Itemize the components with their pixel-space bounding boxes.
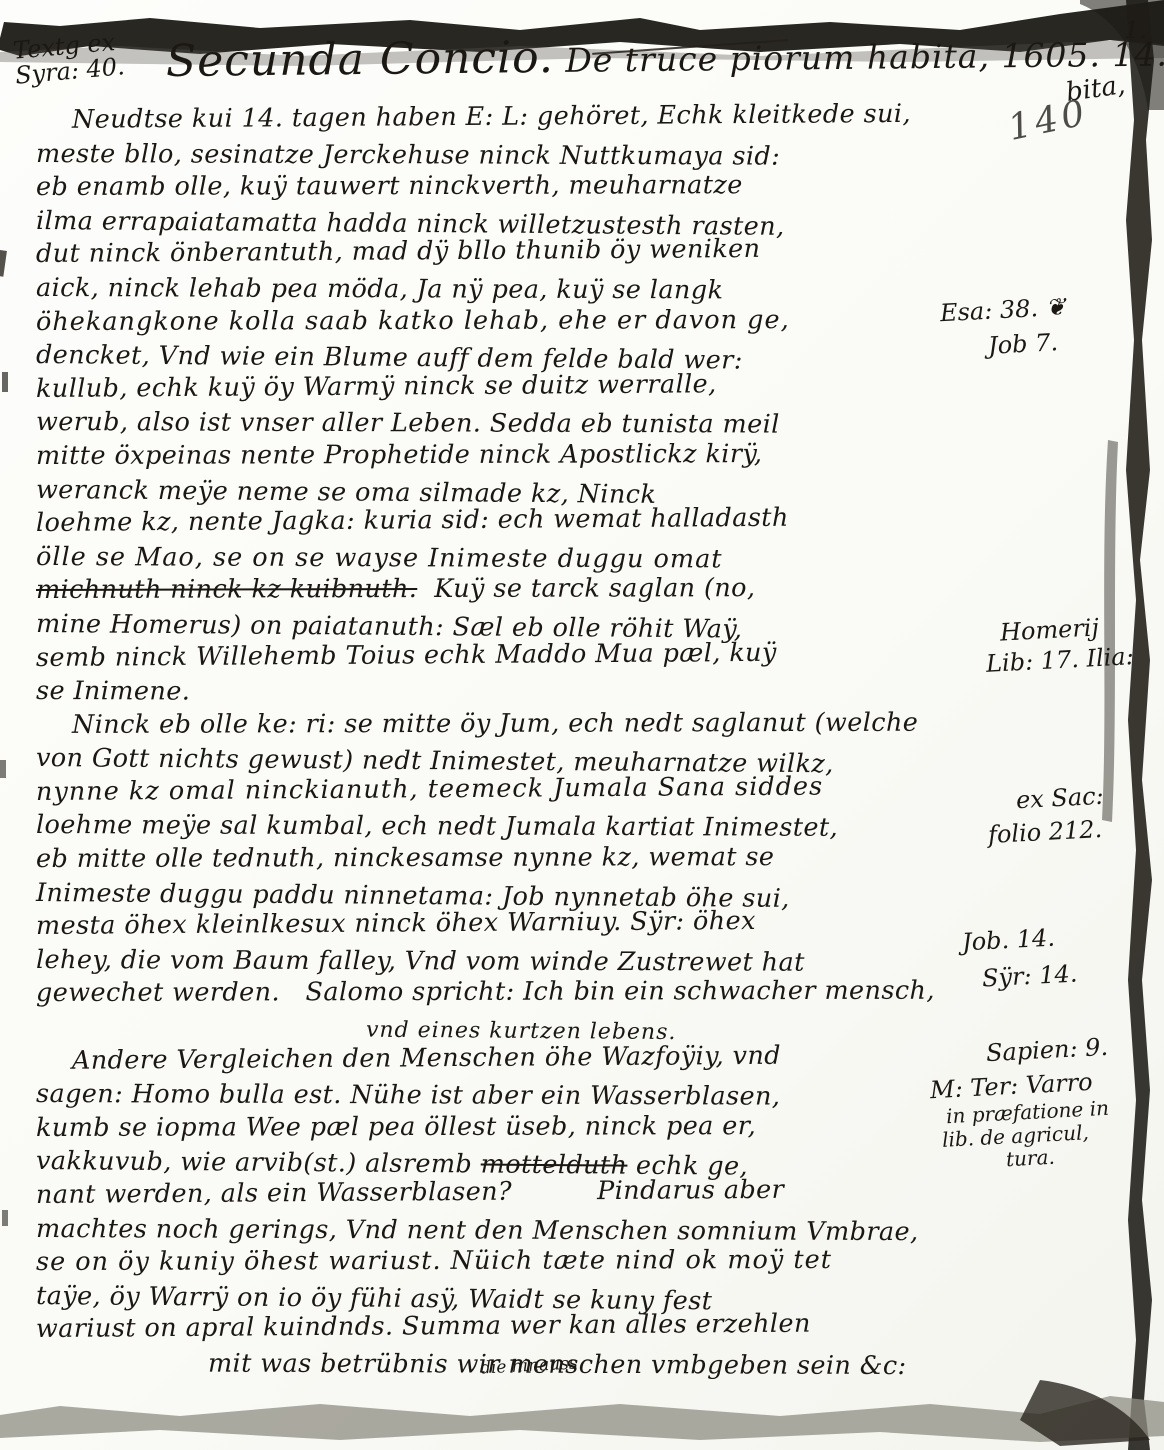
margin-note-varro4: tura. [1005, 1145, 1055, 1172]
manuscript-line: eb enamb olle, kuÿ tauwert ninckverth, m… [36, 169, 952, 205]
title-date: De truce piorum habita, 1605. 14. Junij … [554, 33, 1164, 80]
manuscript-line: semb ninck Willehemb Toius echk Maddo Mu… [36, 635, 952, 675]
margin-note-job14: Job. 14. [961, 924, 1055, 957]
manuscript-line: se on öy kuniy öhest wariust. Nüich tæte… [36, 1244, 952, 1280]
margin-note-sapien: Sapien: 9. [985, 1033, 1108, 1067]
margin-note-exsac1: ex Sac: [1015, 782, 1104, 815]
manuscript-line: wariust on apral kuindnds. Summa wer kan… [36, 1307, 952, 1347]
left-margin-reference: Textg ex Syra: 40. [12, 29, 126, 88]
manuscript-line: öhekangkone kolla saab katko lehab, ehe … [36, 303, 952, 339]
manuscript-line: dut ninck önberantuth, mad dÿ bllo thuni… [36, 232, 952, 272]
left-margin-line2: Syra: 40. [14, 54, 125, 88]
manuscript-line: gewechet werden. Salomo spricht: Ich bin… [36, 975, 952, 1011]
manuscript-line: michnuth ninck kz kuibnuth. Kuÿ se tarck… [36, 572, 952, 608]
manuscript-line: mitte öxpeinas nente Prophetide ninck Ap… [36, 438, 952, 474]
manuscript-line: mesta öhex kleinlkesux ninck öhex Warniu… [36, 904, 952, 944]
body-lines: Neudtse kui 14. tagen haben E: L: gehöre… [36, 104, 952, 1381]
manuscript-line: loehme kz, nente Jagka: kuria sid: ech w… [36, 501, 952, 541]
manuscript-line: Andere Vergleichen den Menschen öhe Wazf… [36, 1038, 952, 1078]
manuscript-line: eb mitte olle tednuth, ninckesamse nynne… [36, 841, 952, 877]
margin-note-homer2: Lib: 17. Ilia: [985, 642, 1134, 678]
margin-note-esa: Esa: 38. ❦ [939, 293, 1066, 328]
manuscript-line: kullub, echk kuÿ öy Warmÿ ninck se duitz… [36, 366, 952, 406]
folio-number: 140 [1005, 92, 1092, 149]
manuscript-line: kumb se iopma Wee pæl pea öllest üseb, n… [36, 1109, 952, 1145]
manuscript-line: Ninck eb olle ke: ri: se mitte öy Jum, e… [36, 706, 952, 742]
manuscript-line: nynne kz omal ninckianuth, teemeck Jumal… [36, 769, 952, 809]
manuscript-line: nant werden, als ein Wasserblasen? Pinda… [36, 1173, 952, 1213]
margin-note-job7: Job 7. [987, 328, 1058, 360]
manuscript-page: Textg ex Syra: 40. Secunda Concio. De tr… [0, 0, 1164, 1450]
manuscript-line: Neudtse kui 14. tagen haben E: L: gehöre… [36, 98, 952, 138]
title-main: Secunda Concio. [166, 32, 554, 87]
margin-note-syr14: Sÿr: 14. [981, 960, 1078, 993]
margin-note-exsac2: folio 212. [987, 815, 1103, 849]
sermon-title: Secunda Concio. De truce piorum habita, … [166, 24, 1164, 87]
corner-page-mark: 1. [1124, 16, 1147, 44]
margin-note-homer1: Homerij [999, 613, 1099, 646]
